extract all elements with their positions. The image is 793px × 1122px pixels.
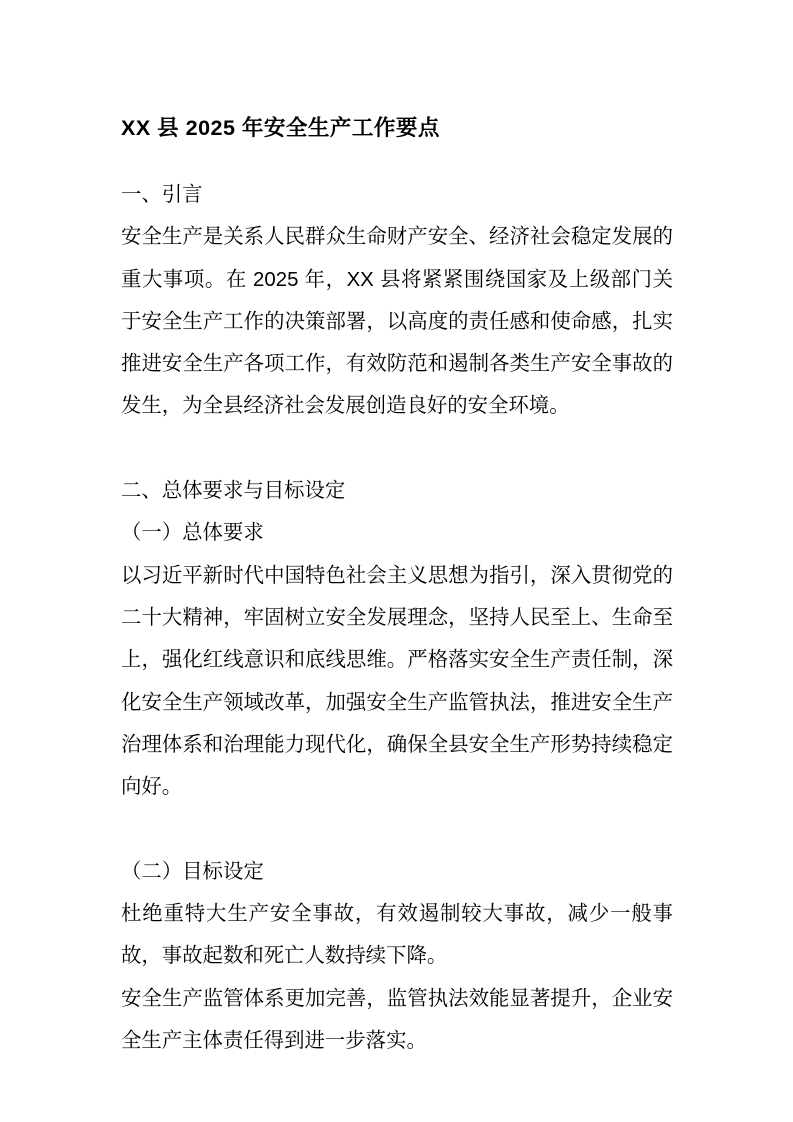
paragraph-introduction: 安全生产是关系人民群众生命财产安全、经济社会稳定发展的重大事项。在 2025 年… bbox=[121, 216, 673, 427]
subsection-heading-goal-setting: （二）目标设定 bbox=[121, 851, 673, 893]
paragraph-overall-requirements: 以习近平新时代中国特色社会主义思想为指引，深入贯彻党的二十大精神，牢固树立安全发… bbox=[121, 555, 673, 809]
subsection-heading-overall-requirements: （一）总体要求 bbox=[121, 512, 673, 554]
section-heading-overall-requirements-and-goals: 二、总体要求与目标设定 bbox=[121, 470, 673, 512]
section-heading-introduction: 一、引言 bbox=[121, 174, 673, 216]
document-page: XX 县 2025 年安全生产工作要点 一、引言 安全生产是关系人民群众生命财产… bbox=[0, 0, 793, 1122]
paragraph-goal-setting-1: 杜绝重特大生产安全事故，有效遏制较大事故，减少一般事故，事故起数和死亡人数持续下… bbox=[121, 893, 673, 978]
paragraph-goal-setting-2: 安全生产监管体系更加完善，监管执法效能显著提升，企业安全生产主体责任得到进一步落… bbox=[121, 978, 673, 1063]
document-title: XX 县 2025 年安全生产工作要点 bbox=[121, 112, 673, 144]
